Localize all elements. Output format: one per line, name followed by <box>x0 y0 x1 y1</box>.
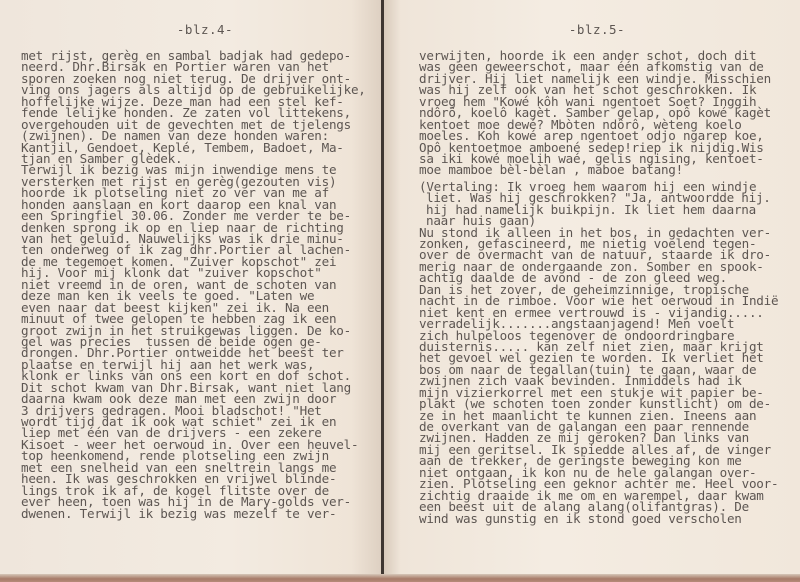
book-spread: -blz.4- met rijst, gerèg en sambal badja… <box>0 0 800 576</box>
page-body-text: verwijten, hoorde ik een ander schot, do… <box>419 50 778 524</box>
page-number-header: -blz.5- <box>384 22 800 37</box>
text-line: dwenen. Terwijl ik bezig was mezelf te v… <box>21 508 366 519</box>
text-line: moe mamboe bèl-bèlan , maboe batang! <box>419 164 778 175</box>
page-bottom-edge <box>0 574 800 582</box>
page-body-text: met rijst, gerèg en sambal badjak had ge… <box>21 50 366 519</box>
page-number-header: -blz.4- <box>0 22 382 37</box>
left-page: -blz.4- met rijst, gerèg en sambal badja… <box>0 0 382 576</box>
book-spine <box>381 0 384 582</box>
right-page: -blz.5- verwijten, hoorde ik een ander s… <box>384 0 800 576</box>
text-line: wind was gunstig en ik stond goed versch… <box>419 513 778 524</box>
